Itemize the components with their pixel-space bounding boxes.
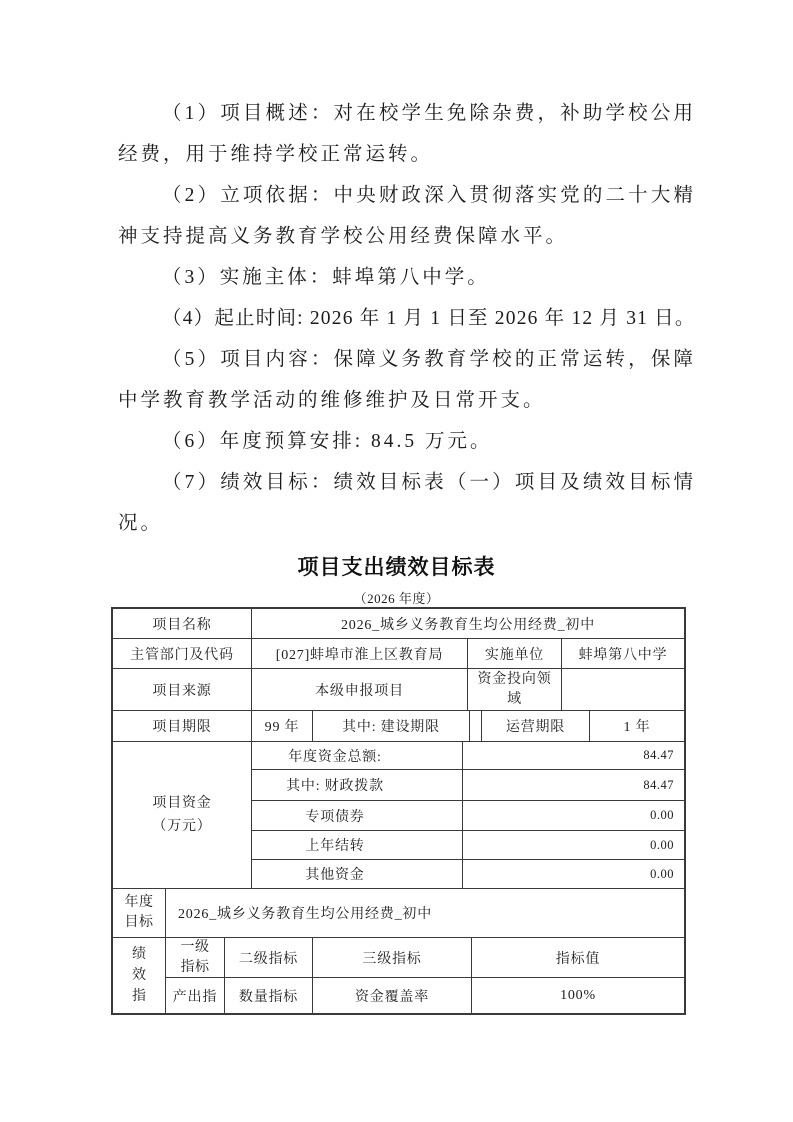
funds-other-label-cell: 其他资金	[252, 860, 463, 889]
row-annual-goal: 年度目标 2026_城乡义务教育生均公用经费_初中	[113, 889, 684, 938]
level1-indicator-header: 一级指标	[179, 938, 211, 978]
funds-total-value-cell: 84.47	[463, 742, 684, 770]
performance-label-cell: 绩效指	[113, 938, 166, 1013]
row-period: 项目期限 99 年 其中: 建设期限 运营期限 1 年	[113, 711, 684, 742]
level1-indicator-header-cell: 一级指标	[166, 938, 225, 978]
funds-fiscal-value-cell: 84.47	[463, 770, 684, 801]
funds-label-cell: 项目资金 （万元）	[113, 742, 252, 889]
indicator1-value-cell: 100%	[472, 978, 684, 1013]
period-years-cell: 99 年	[252, 711, 313, 742]
source-label-cell: 项目来源	[113, 669, 252, 711]
funds-carryover-label-cell: 上年结转	[252, 831, 463, 860]
funds-carryover-value-cell: 0.00	[463, 831, 684, 860]
annual-goal-value-cell: 2026_城乡义务教育生均公用经费_初中	[166, 889, 684, 938]
paragraph-3: （3）实施主体：蚌埠第八中学。	[118, 257, 696, 298]
paragraph-4: （4）起止时间: 2026 年 1 月 1 日至 2026 年 12 月 31 …	[118, 298, 696, 339]
row-indicator-1: 产出指 数量指标 资金覆盖率 100%	[166, 978, 684, 1013]
annual-goal-label: 年度目标	[123, 893, 155, 933]
row-funds-carryover: 上年结转 0.00	[252, 831, 684, 860]
funds-bonds-value-cell: 0.00	[463, 801, 684, 831]
row-funds-other: 其他资金 0.00	[252, 860, 684, 889]
annual-goal-label-cell: 年度目标	[113, 889, 166, 938]
row-funds-fiscal: 其中: 财政拨款 84.47	[252, 770, 684, 801]
row-department: 主管部门及代码 [027]蚌埠市淮上区教育局 实施单位 蚌埠第八中学	[113, 639, 684, 669]
paragraph-5: （5）项目内容：保障义务教育学校的正常运转，保障中学教育教学活动的维修维护及日常…	[118, 339, 696, 421]
paragraph-2: （2）立项依据：中央财政深入贯彻落实党的二十大精神支持提高义务教育学校公用经费保…	[118, 175, 696, 257]
row-source: 项目来源 本级申报项目 资金投向领域	[113, 669, 684, 711]
operation-period-value-cell: 1 年	[590, 711, 684, 742]
funding-area-label-cell: 资金投向领域	[468, 669, 562, 711]
period-label-cell: 项目期限	[113, 711, 252, 742]
performance-target-table: 项目名称 2026_城乡义务教育生均公用经费_初中 主管部门及代码 [027]蚌…	[111, 607, 686, 1015]
paragraph-6: （6）年度预算安排: 84.5 万元。	[118, 421, 696, 462]
level2-indicator-header-cell: 二级指标	[225, 938, 313, 978]
funding-area-value-cell	[562, 669, 684, 711]
row-indicator-header: 一级指标 二级指标 三级指标 指标值	[166, 938, 684, 978]
table-title: 项目支出绩效目标表	[0, 551, 793, 581]
body-text: （1）项目概述：对在校学生免除杂费，补助学校公用经费，用于维持学校正常运转。 （…	[118, 93, 696, 544]
operation-period-label-cell: 运营期限	[482, 711, 590, 742]
source-value-cell: 本级申报项目	[252, 669, 468, 711]
paragraph-1: （1）项目概述：对在校学生免除杂费，补助学校公用经费，用于维持学校正常运转。	[118, 93, 696, 175]
construction-period-value-cell	[470, 711, 482, 742]
indicator1-level1-cell: 产出指	[166, 978, 225, 1013]
funds-total-label-cell: 年度资金总额:	[252, 742, 463, 770]
implementing-unit-value-cell: 蚌埠第八中学	[562, 639, 684, 669]
funds-unit: （万元）	[152, 815, 211, 838]
implementing-unit-label-cell: 实施单位	[468, 639, 562, 669]
paragraph-7: （7）绩效目标：绩效目标表（一）项目及绩效目标情况。	[118, 462, 696, 544]
funds-fiscal-label-cell: 其中: 财政拨款	[252, 770, 463, 801]
funds-label: 项目资金	[152, 792, 211, 815]
funds-other-value-cell: 0.00	[463, 860, 684, 889]
document-page: （1）项目概述：对在校学生免除杂费，补助学校公用经费，用于维持学校正常运转。 （…	[0, 0, 793, 1122]
department-value-cell: [027]蚌埠市淮上区教育局	[252, 639, 468, 669]
funds-bonds-label-cell: 专项债券	[252, 801, 463, 831]
performance-label: 绩效指	[131, 944, 148, 1007]
level3-indicator-header-cell: 三级指标	[313, 938, 472, 978]
row-project-name: 项目名称 2026_城乡义务教育生均公用经费_初中	[113, 609, 684, 639]
project-name-value-cell: 2026_城乡义务教育生均公用经费_初中	[252, 609, 684, 639]
row-funds-bonds: 专项债券 0.00	[252, 801, 684, 831]
construction-period-label-cell: 其中: 建设期限	[313, 711, 470, 742]
table-subtitle: （2026 年度）	[0, 588, 793, 607]
indicator-value-header-cell: 指标值	[472, 938, 684, 978]
department-label-cell: 主管部门及代码	[113, 639, 252, 669]
project-name-label-cell: 项目名称	[113, 609, 252, 639]
indicator1-level2-cell: 数量指标	[225, 978, 313, 1013]
row-funds-total: 年度资金总额: 84.47	[252, 742, 684, 770]
indicator1-level3-cell: 资金覆盖率	[313, 978, 472, 1013]
